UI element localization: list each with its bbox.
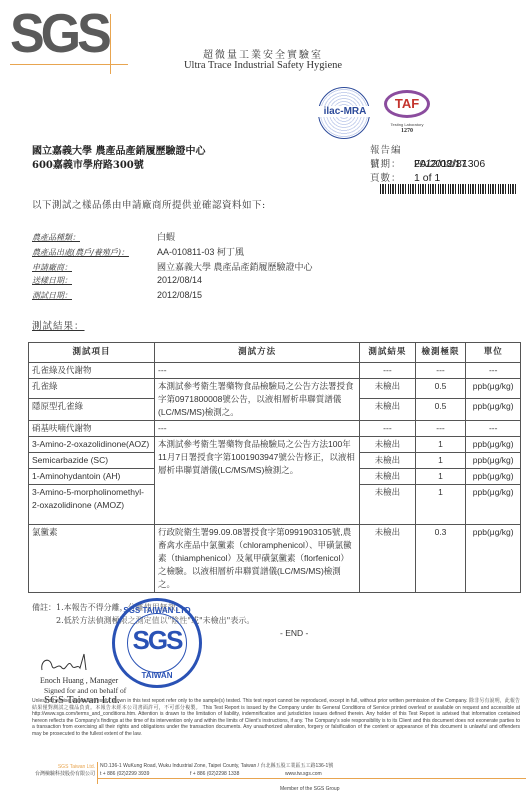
taf-logo: TAF [384, 90, 430, 118]
info-row-submit-date: 送樣日期：2012/08/14 [32, 275, 202, 286]
footer-divider-vertical [97, 762, 98, 784]
info-row-category: 農產品種類：白蝦 [32, 230, 175, 243]
signature-scribble [38, 650, 98, 676]
results-table: 測試項目 測試方法 測試結果 檢測極限 單位 孔雀綠及代謝物 --- --- -… [28, 342, 521, 593]
table-row: 硝基呋喃代謝物 --- --- --- --- [29, 421, 521, 437]
footer-fax: f + 886 (02)2298 1338 [190, 771, 239, 777]
lab-name-cn: 超微量工業安全實驗室 [0, 46, 526, 61]
table-row: 氯黴素 行政院衛生署99.09.08署授食字第0991903105號,農畜禽水產… [29, 525, 521, 593]
footer-member: Member of the SGS Group [280, 786, 339, 792]
client-address: 600嘉義市學府路300號 [32, 156, 144, 171]
footer-website[interactable]: www.tw.sgs.com [285, 771, 322, 777]
ilac-mra-logo: ilac-MRA [318, 87, 370, 139]
footer-divider-horizontal [97, 778, 526, 779]
intro-text: 以下測試之樣品係由申請廠商所提供並確認資料如下: [32, 197, 266, 211]
footer-phone: t + 886 (02)2299 3939 [100, 771, 149, 777]
lab-name-en: Ultra Trace Industrial Safety Hygiene [0, 60, 526, 71]
table-row: 孔雀綠 本測試參考衛生署藥物食品檢驗局之公告方法署授食字第0971800008號… [29, 379, 521, 399]
table-row: 孔雀綠及代謝物 --- --- --- --- [29, 363, 521, 379]
client-name: 國立嘉義大學 農產品產銷履歷驗證中心 [32, 142, 205, 157]
header-unit: 單位 [466, 343, 521, 363]
sgs-taiwan-stamp: SGS TAIWAN LTD SGS TAIWAN [112, 598, 202, 688]
taf-subtitle: Testing Laboratory [384, 122, 430, 127]
info-row-test-date: 測試日期：2012/08/15 [32, 290, 202, 301]
report-date: 日期：2012/08/17 [370, 156, 467, 170]
footer-company: SGS Taiwan Ltd. 台灣檢驗科技股份有限公司 [10, 764, 95, 778]
header-method: 測試方法 [155, 343, 360, 363]
header-result: 測試結果 [360, 343, 415, 363]
info-row-origin: 農產品出處(農戶/養殖戶)：AA-010811-03 柯丁風 [32, 245, 244, 258]
signatory-name: Enoch Huang , Manager [40, 676, 118, 685]
table-header-row: 測試項目 測試方法 測試結果 檢測極限 單位 [29, 343, 521, 363]
taf-number: 1270 [384, 128, 430, 134]
footer-address: NO.136-1 WuKung Road, Wuku Industrial Zo… [100, 763, 333, 770]
barcode [380, 184, 518, 194]
header-limit: 檢測極限 [415, 343, 466, 363]
report-pages: 頁數：1 of 1 [370, 170, 440, 184]
disclaimer-text: Unless otherwise stated the results show… [32, 698, 520, 738]
end-marker: - END - [280, 628, 308, 638]
table-row: 3-Amino-2-oxazolidinone(AOZ) 本測試參考衛生署藥物食… [29, 437, 521, 453]
results-title: 測試結果： [32, 318, 85, 332]
info-row-applicant: 申請廠商：國立嘉義大學 農產品產銷履歷驗證中心 [32, 260, 313, 273]
header-item: 測試項目 [29, 343, 155, 363]
